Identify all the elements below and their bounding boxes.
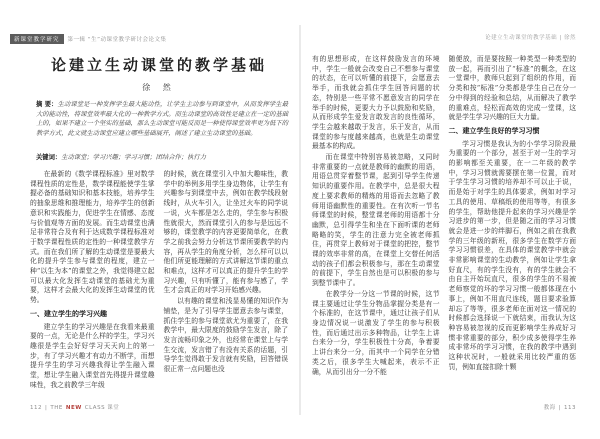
section-heading-2: 二、建立学生良好的学习习惯 [449,127,577,137]
page-number-left: 112 [30,405,42,411]
abstract-text: 生动课堂是一种发挥学生最大能动性，让学生主动参与到课堂中，从而发挥学生最大的能动… [36,101,288,137]
column-1: 在最新的《数学课程标准》里对数学课程性质的定性是，数学课程能使学生掌握必备的基础… [30,170,155,397]
page-number-right: 113 [564,405,576,411]
paragraph: 在最新的《数学课程标准》里对数学课程性质的定性是，数学课程能使学生掌握必备的基础… [30,170,155,306]
paragraph: 学习习惯是我认为的小学学习阶段最为重要的一个部分，甚至于对一生的学习的影响都至关… [449,140,577,373]
paragraph: 随便放，而是要按照一种类型一种类型的放一起，再而引出了“标准”的概念，在这一堂课… [449,55,577,123]
column-4: 随便放，而是要按照一种类型一种类型的放一起，再而引出了“标准”的概念，在这一堂课… [449,55,577,397]
running-header-left: 新课堂教学研究 第一辑 “生”动课堂教学研讨会论文集 [10,34,286,44]
footer-left: 112 | THE NEW CLASS 课堂 [30,403,119,411]
keywords-block: 关键词：生动课堂；学习兴趣；学习习惯；团结合作；执行力 [36,153,288,163]
page-left: 新课堂教学研究 第一辑 “生”动课堂教学研讨会论文集 论建立生动课堂的教学基础 … [0,0,300,439]
footer-brand-rest: CLASS 课堂 [85,403,120,411]
running-header-right: 论建立生动课堂的教学基础 | 徐然 [485,33,576,41]
paragraph: 而在课堂中特别容易被忽略，又同时非常重要的一点就是教师的幽默的用语，用语总贯穿着… [312,153,440,289]
abstract-block: 摘 要：生动课堂是一种发挥学生最大能动性，让学生主动参与到课堂中，从而发挥学生最… [36,100,288,138]
keywords-label: 关键词： [36,154,61,161]
keywords-text: 生动课堂；学习兴趣；学习习惯；团结合作；执行力 [61,154,206,161]
footer-label-right: 教海 [544,403,556,411]
paragraph: 建立学生的学习兴趣是在我看来最重要的一点，无论是什么样的学生，学习兴趣很是学生会… [30,323,155,391]
paragraph: 有的思想形成，在这样鼓励发言的环境中，学生一般就会改变自己不想参与课堂的状态，在… [312,55,440,152]
series-title: 第一辑 “生”动课堂教学研讨会论文集 [68,35,167,43]
column-2: 的时候，就在课堂引入中加大趣味性，教学中的举例多用学生身边物体，让学生有兴趣参与… [164,170,289,397]
footer-brand-the: THE [50,405,62,411]
abstract-label: 摘 要： [36,101,58,108]
document-spread: 新课堂教学研究 第一辑 “生”动课堂教学研讨会论文集 论建立生动课堂的教学基础 … [0,0,600,439]
footer-right: 教海 | 113 [544,403,576,411]
footer-brand-new: NEW [66,405,82,411]
column-3: 有的思想形成，在这样鼓励发言的环境中，学生一般就会改变自己不想参与课堂的状态，在… [312,55,440,397]
right-page-columns: 有的思想形成，在这样鼓励发言的环境中，学生一般就会改变自己不想参与课堂的状态，在… [312,55,576,397]
series-badge: 新课堂教学研究 [10,34,64,44]
article-title: 论建立生动课堂的教学基础 [30,54,288,75]
paragraph: 的时候，就在课堂引入中加大趣味性，教学中的举例多用学生身边物体，让学生有兴趣参与… [164,170,289,296]
page-right: 论建立生动课堂的教学基础 | 徐然 有的思想形成，在这样鼓励发言的环境中，学生一… [300,0,600,439]
paragraph: 在教学分一分这一节课的时候，这节课主要通过让学生分物品掌握分类是有一个标准的，在… [312,290,440,377]
footer-separator: | [559,405,561,411]
section-heading-1: 一、建立学生的学习兴趣 [30,310,155,320]
footer-separator: | [45,405,47,411]
article-author: 徐 然 [30,82,288,93]
left-page-columns: 在最新的《数学课程标准》里对数学课程性质的定性是，数学课程能使学生掌握必备的基础… [30,170,288,397]
paragraph: 以有趣的课堂和浅显易懂的知识作为铺垫，是为了引导学生愿意去参与课堂，抓住学生的参… [164,297,289,375]
